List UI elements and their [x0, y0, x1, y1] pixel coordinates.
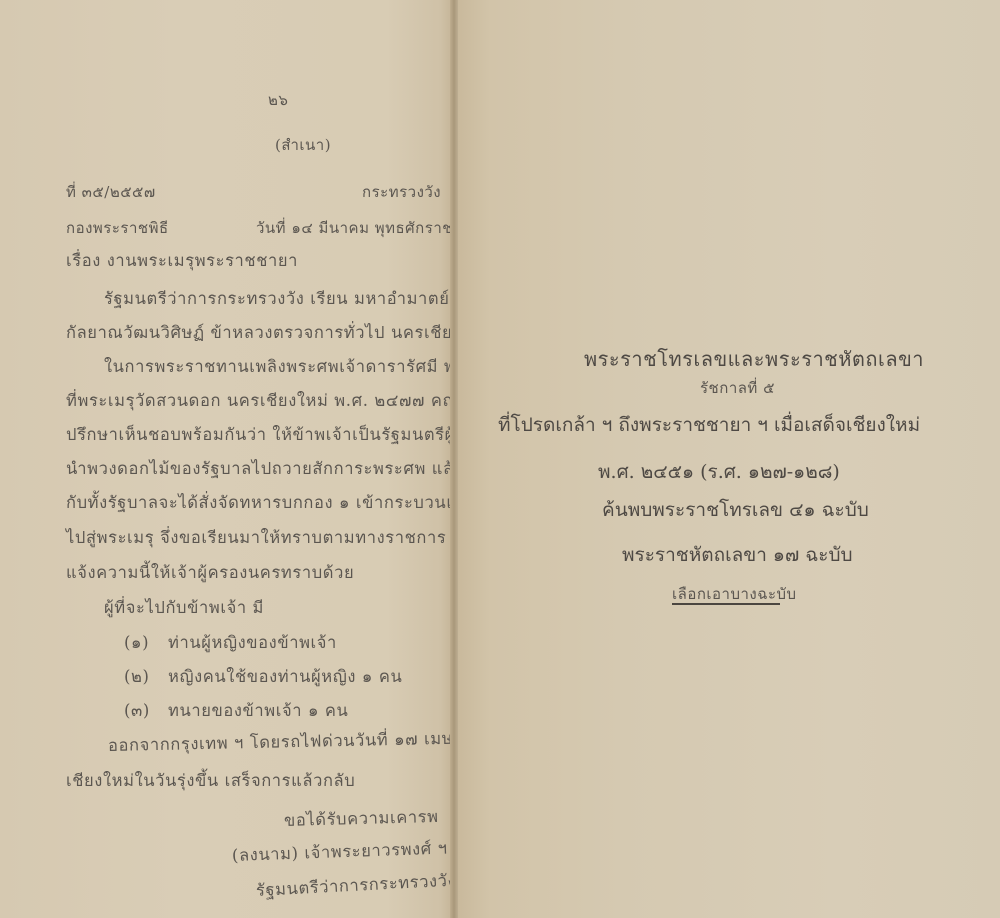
body-line: ไปสู่พระเมรุ จึ่งขอเรียนมาให้ทราบตามทางร…: [66, 525, 454, 551]
list-item: ทนายของข้าพเจ้า ๑ คน: [168, 698, 348, 724]
reign-label: รัชกาลที่ ๕: [700, 376, 775, 400]
selection-underline: [672, 603, 780, 605]
signature: (ลงนาม) เจ้าพระยาวรพงศ์ ฯ: [232, 835, 448, 869]
body-line: นำพวงดอกไม้ของรัฐบาลไปถวายสักการะพระศพ แ…: [66, 456, 454, 482]
list-item: ท่านผู้หญิงของข้าพเจ้า: [168, 630, 337, 656]
left-page: ๒๖ (สำเนา) ที่ ๓๕/๒๕๕๗ กระทรวงวัง กองพระ…: [0, 0, 454, 918]
list-item: หญิงคนใช้ของท่านผู้หญิง ๑ คน: [168, 664, 402, 690]
body-line: แจ้งความนี้ให้เจ้าผู้ครองนครทราบด้วย: [66, 560, 354, 586]
signoff: ขอได้รับความเคารพ: [284, 804, 439, 834]
signer-title: รัฐมนตรีว่าการกระทรวงวัง: [255, 868, 454, 904]
list-marker: (๒): [124, 664, 150, 690]
right-page: พระราชโทรเลขและพระราชหัตถเลขา รัชกาลที่ …: [458, 0, 1000, 918]
recipient-line: ที่โปรดเกล้า ฯ ถึงพระราชชายา ฯ เมื่อเสด็…: [498, 410, 920, 440]
book-title: พระราชโทรเลขและพระราชหัตถเลขา: [584, 343, 924, 375]
closing-line: เชียงใหม่ในวันรุ่งขึ้น เสร็จการแล้วกลับ: [66, 768, 355, 794]
body-line: ผู้ที่จะไปกับข้าพเจ้า มี: [104, 595, 264, 621]
body-line: รัฐมนตรีว่าการกระทรวงวัง เรียน มหาอำมาตย…: [104, 286, 454, 312]
page-number: ๒๖: [268, 88, 288, 112]
body-line: กับทั้งรัฐบาลจะได้สั่งจัดทหารบกกอง ๑ เข้…: [66, 490, 454, 516]
list-marker: (๑): [124, 630, 149, 656]
closing-line: ออกจากกรุงเทพ ฯ โดยรถไฟด่วนวันที่ ๑๗ เมษ…: [108, 725, 454, 759]
letter-count: พระราชหัตถเลขา ๑๗ ฉะบับ: [622, 540, 853, 570]
letter-date: วันที่ ๑๔ มีนาคม พุทธศักราช: [256, 216, 453, 240]
department-name: กองพระราชพิธี: [66, 216, 169, 240]
body-line: ในการพระราชทานเพลิงพระศพเจ้าดารารัศมี พร…: [104, 354, 454, 380]
body-line: ปรึกษาเห็นชอบพร้อมกันว่า ให้ข้าพเจ้าเป็น…: [66, 422, 454, 448]
body-line: กัลยาณวัฒนวิศิษฏ์ ข้าหลวงตรวจการทั่วไป น…: [66, 320, 454, 346]
ministry-name: กระทรวงวัง: [362, 180, 441, 204]
letter-subject: เรื่อง งานพระเมรุพระราชชายา: [66, 248, 298, 274]
reference-number: ที่ ๓๕/๒๕๕๗: [66, 180, 156, 204]
copy-heading: (สำเนา): [275, 133, 331, 157]
date-line: พ.ศ. ๒๔๕๑ (ร.ศ. ๑๒๗-๑๒๘): [598, 457, 840, 487]
list-marker: (๓): [124, 698, 150, 724]
body-line: ที่พระเมรุวัดสวนดอก นครเชียงใหม่ พ.ศ. ๒๔…: [66, 388, 454, 414]
telegram-count: ค้นพบพระราชโทรเลข ๔๑ ฉะบับ: [602, 495, 869, 525]
